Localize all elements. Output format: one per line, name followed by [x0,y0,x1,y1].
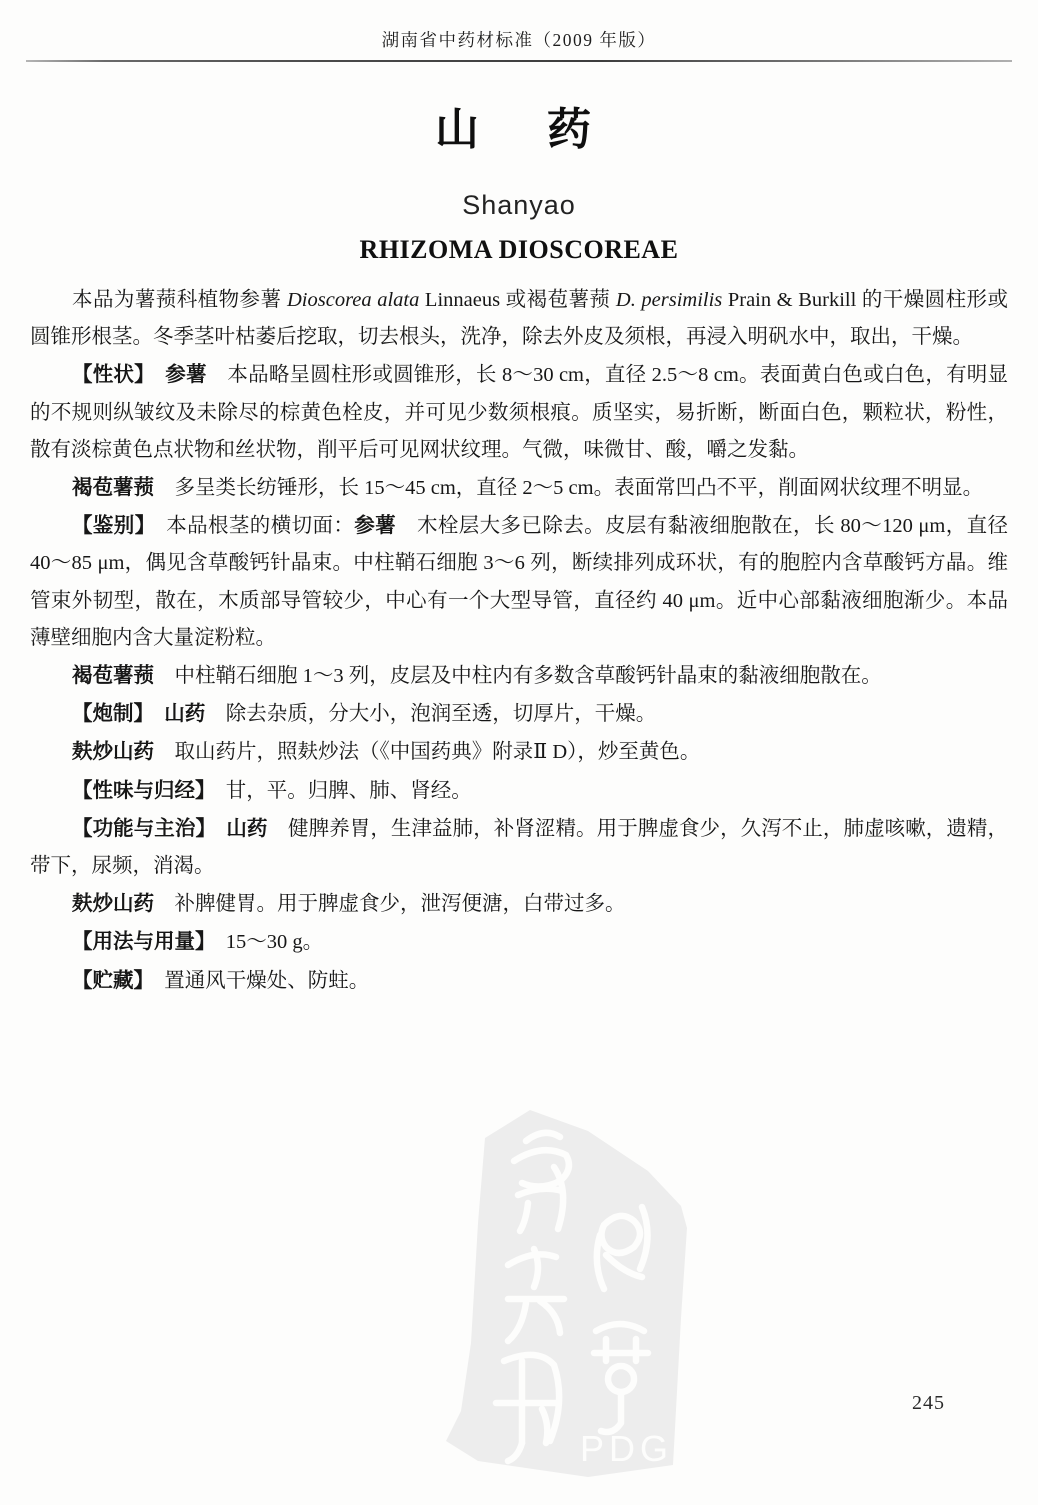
watermark-seal-glyph [496,1355,559,1461]
text-run: 本品根茎的横切面： [145,515,354,537]
text-run: 置通风干燥处、防蛀。 [144,970,370,992]
subsection-label: 麸炒山药 [72,740,154,763]
section-label: 【鉴别】 [72,514,145,537]
subsection-label: 麸炒山药 [72,892,154,915]
text-run: 除去杂质，分大小，泡润至透，切厚片，干燥。 [205,703,656,725]
paragraph-property-meridian: 【性味与归经】 甘，平。归脾、肺、肾经。 [30,772,1008,810]
text-run: 多呈类长纺锤形，长 15～45 cm，直径 2～5 cm。表面常凹凸不平，削面网… [154,477,983,499]
page-title: 山 药 [0,104,1038,156]
watermark-seal-glyph [514,1133,569,1231]
paragraph-processing-fried: 麸炒山药 取山药片，照麸炒法（《中国药典》附录Ⅱ D），炒至黄色。 [30,733,1008,771]
section-label: 【功能与主治】 山药 [72,817,267,840]
paragraph-description: 【性状】 参薯 本品略呈圆柱形或圆锥形，长 8～30 cm，直径 2.5～8 c… [30,356,1008,469]
text-run: 15～30 g。 [205,931,323,953]
section-label: 【性味与归经】 [72,779,205,802]
watermark-stone-shape [446,1110,687,1477]
subsection-label: 褐苞薯蓣 [72,664,154,687]
paragraph-identification: 【鉴别】 本品根茎的横切面：参薯 木栓层大多已除去。皮层有黏液细胞散在，长 80… [30,507,1008,657]
watermark-seal-glyph [597,1207,648,1289]
watermark-seal: PDG [438,1103,768,1499]
text-run: 甘，平。归脾、肺、肾经。 [205,780,472,802]
monograph-body: 本品为薯蓣科植物参薯 Dioscorea alata Linnaeus 或褐苞薯… [30,282,1008,1000]
paragraph-functions-fried: 麸炒山药 补脾健胃。用于脾虚食少，泄泻便溏，白带过多。 [30,885,1008,923]
section-label: 【用法与用量】 [72,930,205,953]
text-run: 补脾健胃。用于脾虚食少，泄泻便溏，白带过多。 [154,893,626,915]
latin-title: RHIZOMA DIOSCOREAE [0,234,1038,265]
subsection-label: 褐苞薯蓣 [72,476,154,499]
section-label: 【性状】 参薯 [72,363,207,386]
text-run: 取山药片，照麸炒法（《中国药典》附录Ⅱ D），炒至黄色。 [154,741,700,763]
page-number: 245 [912,1392,945,1415]
section-label: 【炮制】 山药 [72,702,205,725]
paragraph-description-variant: 褐苞薯蓣 多呈类长纺锤形，长 15～45 cm，直径 2～5 cm。表面常凹凸不… [30,469,1008,507]
header-rule [26,60,1012,62]
watermark-seal-glyph [594,1324,648,1432]
paragraph-source: 本品为薯蓣科植物参薯 Dioscorea alata Linnaeus 或褐苞薯… [30,282,1008,356]
section-label: 【贮藏】 [72,969,144,992]
latin-binomial: Dioscorea alata [287,289,419,311]
watermark-seal-glyph [508,1249,564,1341]
paragraph-storage: 【贮藏】 置通风干燥处、防蛀。 [30,962,1008,1000]
document-page: 湖南省中药材标准（2009 年版） 山 药 Shanyao RHIZOMA DI… [0,0,1038,1505]
text-run: 中柱鞘石细胞 1～3 列，皮层及中柱内有多数含草酸钙针晶束的黏液细胞散在。 [154,665,882,687]
text-run: 本品为薯蓣科植物参薯 [72,289,287,311]
latin-binomial: D. persimilis [616,289,722,311]
paragraph-dosage: 【用法与用量】 15～30 g。 [30,923,1008,961]
paragraph-functions: 【功能与主治】 山药 健脾养胃，生津益肺，补肾涩精。用于脾虚食少，久泻不止，肺虚… [30,810,1008,885]
paragraph-identification-variant: 褐苞薯蓣 中柱鞘石细胞 1～3 列，皮层及中柱内有多数含草酸钙针晶束的黏液细胞散… [30,657,1008,695]
paragraph-processing: 【炮制】 山药 除去杂质，分大小，泡润至透，切厚片，干燥。 [30,695,1008,733]
running-header: 湖南省中药材标准（2009 年版） [0,0,1038,52]
pinyin-title: Shanyao [0,189,1038,221]
text-run: Linnaeus 或褐苞薯蓣 [419,289,616,311]
subsection-label: 参薯 [354,514,396,537]
watermark-pdg-text: PDG [580,1428,673,1469]
